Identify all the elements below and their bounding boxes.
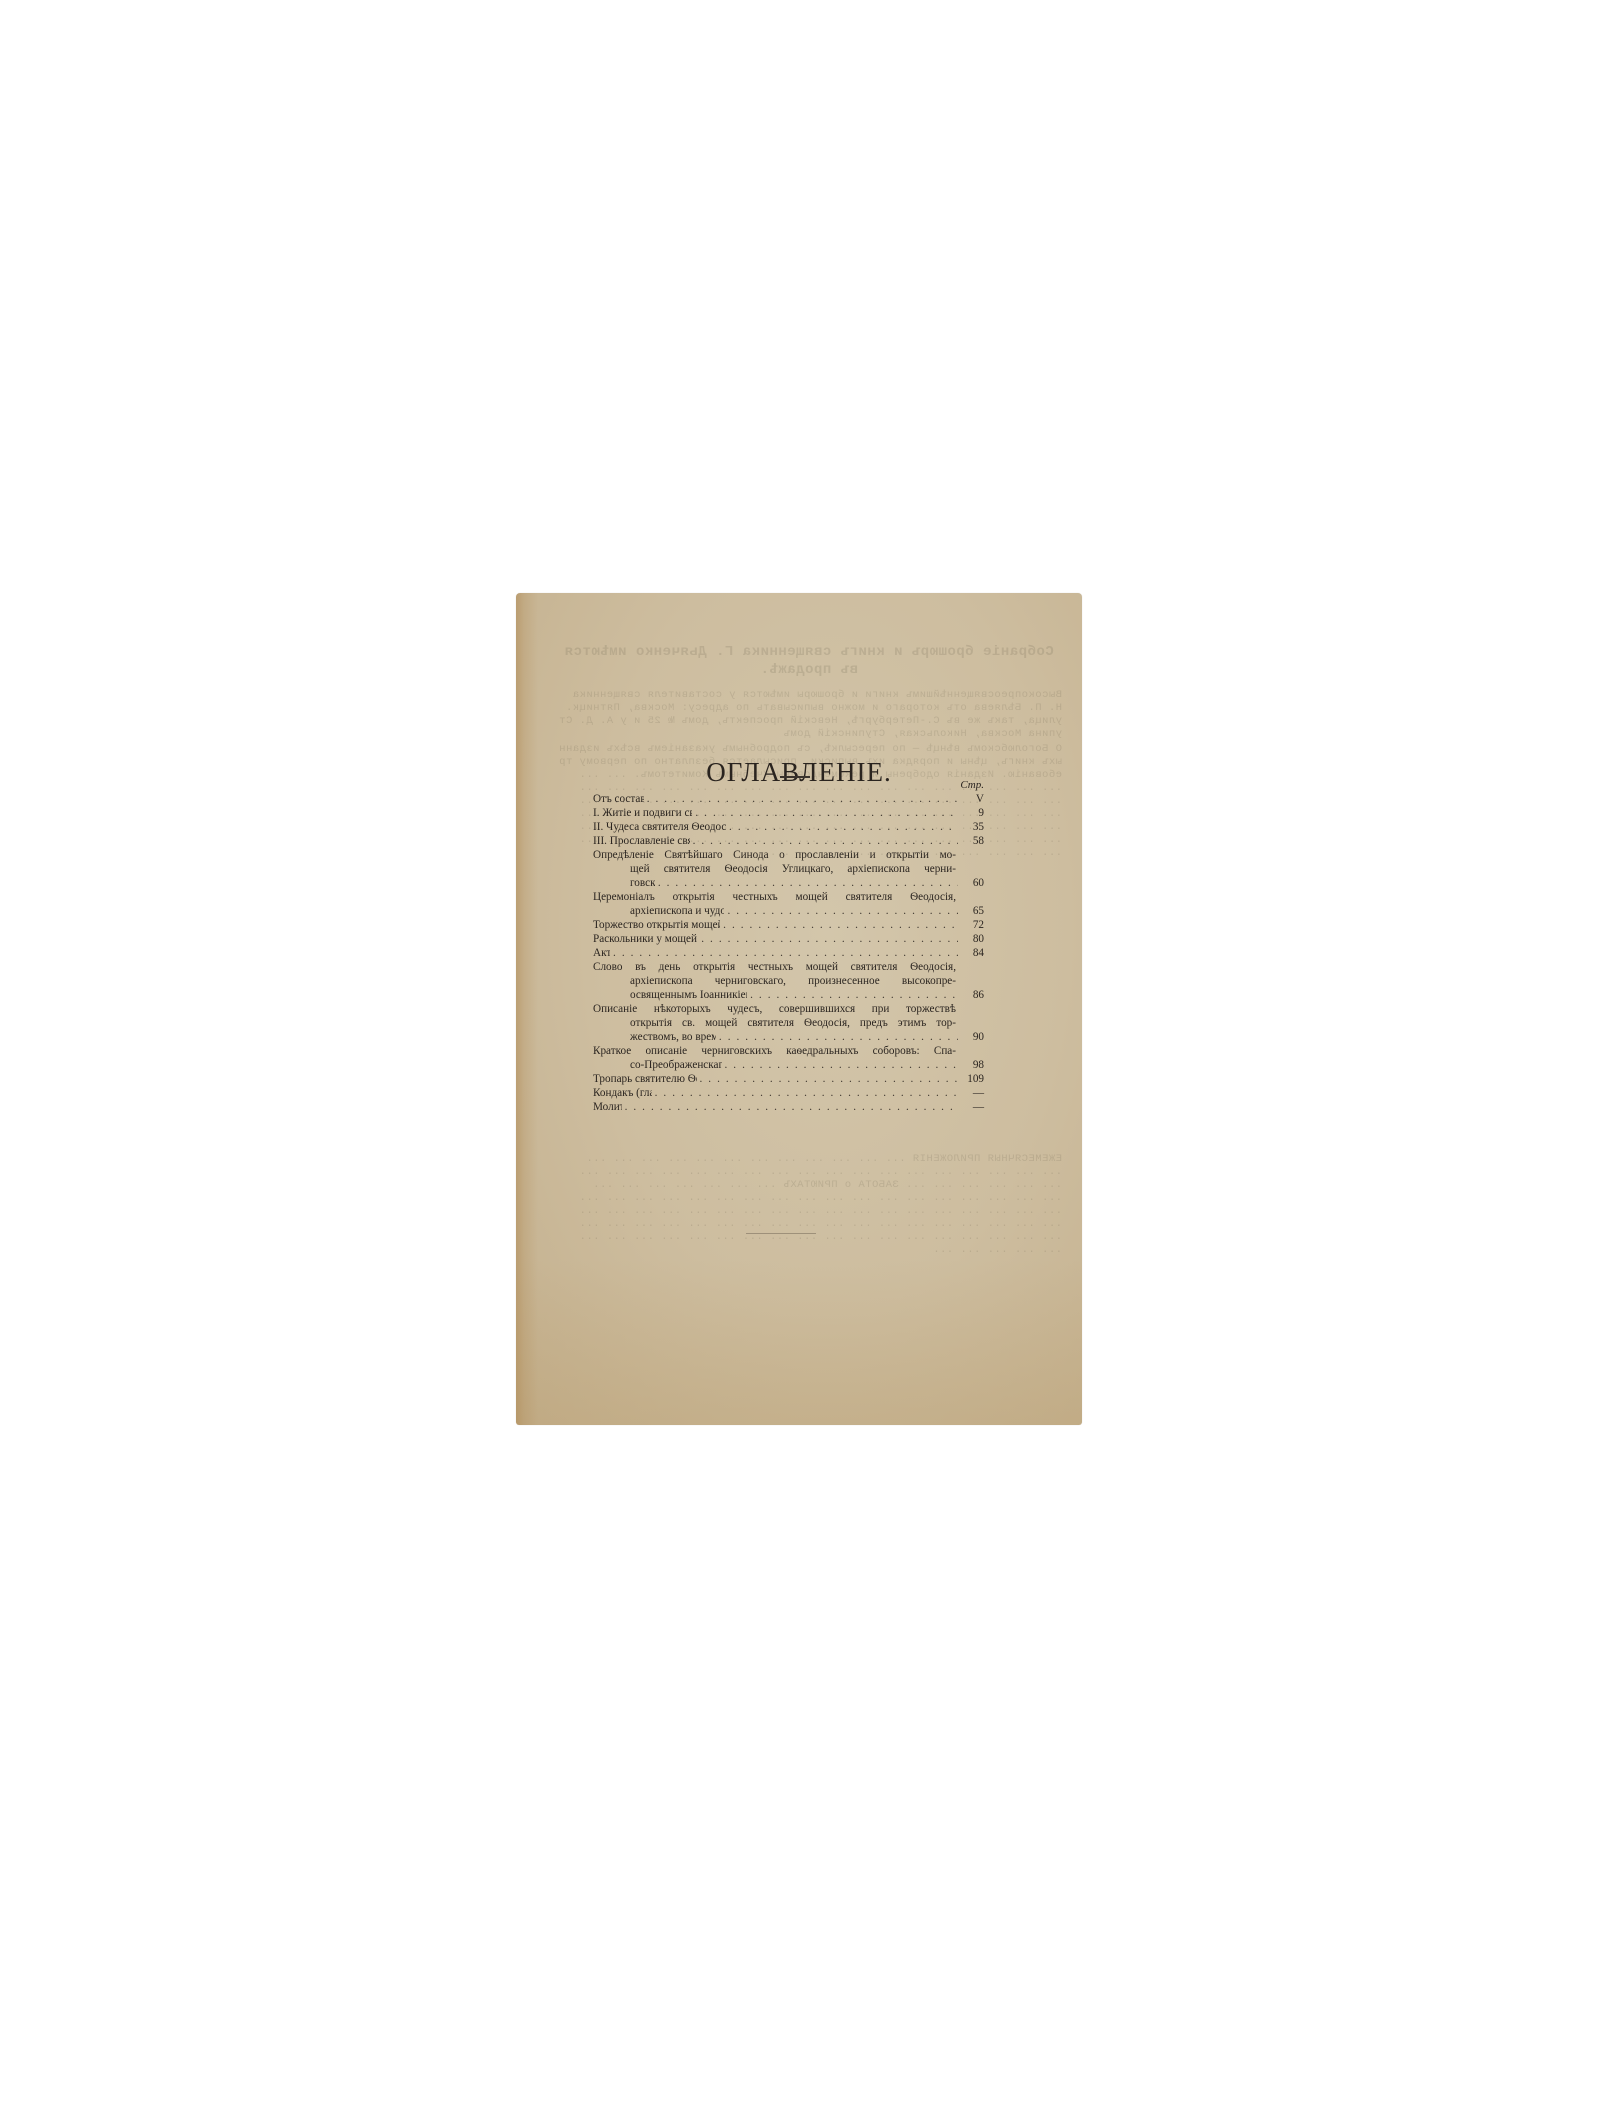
toc-line: Отъ составителяV — [593, 792, 984, 806]
toc-line: II. Чудеса святителя Ѳеодосія по его бла… — [593, 820, 984, 834]
dot-leader — [720, 918, 958, 932]
toc-entry: Описаніе нѣкоторыхъ чудесъ, совершившихс… — [593, 1002, 984, 1044]
toc-entry-title: архіепископа черниговскаго, произнесенно… — [630, 974, 984, 988]
bleed-through-text: ЕЖЕМЕСЯЧНЫЯ ПРИЛОЖЕНІЯ ... ... ... ... .… — [576, 1153, 1062, 1257]
toc-line: Слово въ день открытія честныхъ мощей св… — [593, 960, 984, 974]
toc-entry-title: II. Чудеса святителя Ѳеодосія по его бла… — [593, 820, 726, 834]
toc-entry-title: архіепископа и чудотворца черниговскаго — [630, 904, 724, 918]
toc-entry-title: Краткое описаніе черниговскихъ каѳедраль… — [593, 1044, 984, 1058]
toc-line: жествомъ, во время его и послѣ него90 — [593, 1030, 984, 1044]
toc-entry: Краткое описаніе черниговскихъ каѳедраль… — [593, 1044, 984, 1072]
toc-page-number: 109 — [958, 1072, 984, 1086]
toc-entry-title: Торжество открытія мощей св. Ѳеодосія че… — [593, 918, 720, 932]
dot-leader — [726, 820, 958, 834]
toc-entry-title: Молитва — [593, 1100, 622, 1114]
toc-page-number: 35 — [958, 820, 984, 834]
toc-page-number: 98 — [958, 1058, 984, 1072]
toc-entry: Тропарь святителю Ѳеодосію (гласъ 4-й)10… — [593, 1072, 984, 1086]
toc-entry-title: III. Прославленіе святителя Ѳеодосія — [593, 834, 690, 848]
toc-line: Раскольники у мощей святителя Ѳеодосія80 — [593, 932, 984, 946]
toc-entry-title: Слово въ день открытія честныхъ мощей св… — [593, 960, 984, 974]
toc-line: щей святителя Ѳеодосія Углицкаго, архіеп… — [593, 862, 984, 876]
toc-entry: Молитва— — [593, 1100, 984, 1114]
dot-leader — [697, 1072, 959, 1086]
dot-leader — [698, 932, 958, 946]
toc-line: со-Преображенскаго и Борисоглѣбскаго98 — [593, 1058, 984, 1072]
bleed-through-rule — [746, 1233, 816, 1234]
toc-line: открытія св. мощей святителя Ѳеодосія, п… — [593, 1016, 984, 1030]
toc-page-number: 9 — [958, 806, 984, 820]
toc-page-number: 86 — [958, 988, 984, 1002]
toc-entry-title: Описаніе нѣкоторыхъ чудесъ, совершившихс… — [593, 1002, 984, 1016]
toc-page-number: — — [958, 1086, 984, 1100]
toc-entry-title: щей святителя Ѳеодосія Углицкаго, архіеп… — [630, 862, 984, 876]
toc-entry-title: открытія св. мощей святителя Ѳеодосія, п… — [630, 1016, 984, 1030]
toc-page-number: V — [958, 792, 984, 806]
toc-entry: I. Житіе и подвиги святителя Ѳеодосія9 — [593, 806, 984, 820]
toc-entry: Отъ составителяV — [593, 792, 984, 806]
toc-entry: Церемоніалъ открытія честныхъ мощей свят… — [593, 890, 984, 918]
page-column-label: Стр. — [593, 778, 984, 792]
toc-page-number: 90 — [958, 1030, 984, 1044]
toc-line: Кондакъ (гласъ 3-й)— — [593, 1086, 984, 1100]
toc-entry: Актъ84 — [593, 946, 984, 960]
toc-entry-title: Отъ составителя — [593, 792, 644, 806]
dot-leader — [722, 1058, 959, 1072]
dot-leader — [747, 988, 958, 1002]
toc-line: Опредѣленіе Святѣйшаго Синода о прославл… — [593, 848, 984, 862]
toc-entry-title: Актъ — [593, 946, 610, 960]
dot-leader — [724, 904, 958, 918]
toc-line: Молитва— — [593, 1100, 984, 1114]
toc-line: освященнымъ Іоанникіемъ, митрополитомъ к… — [593, 988, 984, 1002]
dot-leader — [644, 792, 958, 806]
dot-leader — [610, 946, 958, 960]
toc-page-number: 65 — [958, 904, 984, 918]
toc-page-number: 58 — [958, 834, 984, 848]
toc-entry: Торжество открытія мощей св. Ѳеодосія че… — [593, 918, 984, 932]
toc-entry: Слово въ день открытія честныхъ мощей св… — [593, 960, 984, 1002]
toc-entry-title: I. Житіе и подвиги святителя Ѳеодосія — [593, 806, 692, 820]
toc-line: I. Житіе и подвиги святителя Ѳеодосія9 — [593, 806, 984, 820]
toc-line: Торжество открытія мощей св. Ѳеодосія че… — [593, 918, 984, 932]
toc-entry-title: говскаго — [630, 876, 655, 890]
toc-page-number: — — [958, 1100, 984, 1114]
dot-leader — [652, 1086, 958, 1100]
toc-page-number: 60 — [958, 876, 984, 890]
toc-entries: Отъ составителяVI. Житіе и подвиги святи… — [593, 792, 984, 1114]
book-page: Собраніе брошюръ и книгъ священника Г. Д… — [516, 593, 1082, 1425]
toc-entry: II. Чудеса святителя Ѳеодосія по его бла… — [593, 820, 984, 834]
toc-entry-title: Церемоніалъ открытія честныхъ мощей свят… — [593, 890, 984, 904]
toc-entry-title: освященнымъ Іоанникіемъ, митрополитомъ к… — [630, 988, 747, 1002]
toc-entry-title: Раскольники у мощей святителя Ѳеодосія — [593, 932, 698, 946]
toc-entry: Раскольники у мощей святителя Ѳеодосія80 — [593, 932, 984, 946]
toc-line: Краткое описаніе черниговскихъ каѳедраль… — [593, 1044, 984, 1058]
toc-line: архіепископа черниговскаго, произнесенно… — [593, 974, 984, 988]
bleed-through-text: Высокопреосвященнѣйшимъ книги и брошюры … — [556, 689, 1062, 741]
toc-line: Церемоніалъ открытія честныхъ мощей свят… — [593, 890, 984, 904]
bleed-through-title: Собраніе брошюръ и книгъ священника Г. Д… — [556, 643, 1062, 679]
toc-entry-title: Кондакъ (гласъ 3-й) — [593, 1086, 652, 1100]
dot-leader — [690, 834, 958, 848]
dot-leader — [655, 876, 958, 890]
toc-entry-title: Тропарь святителю Ѳеодосію (гласъ 4-й) — [593, 1072, 697, 1086]
toc-entry: Опредѣленіе Святѣйшаго Синода о прославл… — [593, 848, 984, 890]
toc-entry-title: Опредѣленіе Святѣйшаго Синода о прославл… — [593, 848, 984, 862]
toc-line: Актъ84 — [593, 946, 984, 960]
dot-leader — [716, 1030, 958, 1044]
toc-line: архіепископа и чудотворца черниговскаго6… — [593, 904, 984, 918]
dot-leader — [622, 1100, 958, 1114]
toc-line: говскаго60 — [593, 876, 984, 890]
toc-line: III. Прославленіе святителя Ѳеодосія58 — [593, 834, 984, 848]
toc-page-number: 80 — [958, 932, 984, 946]
toc-entry-title: жествомъ, во время его и послѣ него — [630, 1030, 716, 1044]
toc-line: Тропарь святителю Ѳеодосію (гласъ 4-й)10… — [593, 1072, 984, 1086]
table-of-contents: Стр. Отъ составителяVI. Житіе и подвиги … — [593, 778, 984, 1114]
toc-line: Описаніе нѣкоторыхъ чудесъ, совершившихс… — [593, 1002, 984, 1016]
toc-page-number: 84 — [958, 946, 984, 960]
toc-entry: III. Прославленіе святителя Ѳеодосія58 — [593, 834, 984, 848]
toc-entry-title: со-Преображенскаго и Борисоглѣбскаго — [630, 1058, 722, 1072]
toc-entry: Кондакъ (гласъ 3-й)— — [593, 1086, 984, 1100]
toc-page-number: 72 — [958, 918, 984, 932]
dot-leader — [692, 806, 958, 820]
